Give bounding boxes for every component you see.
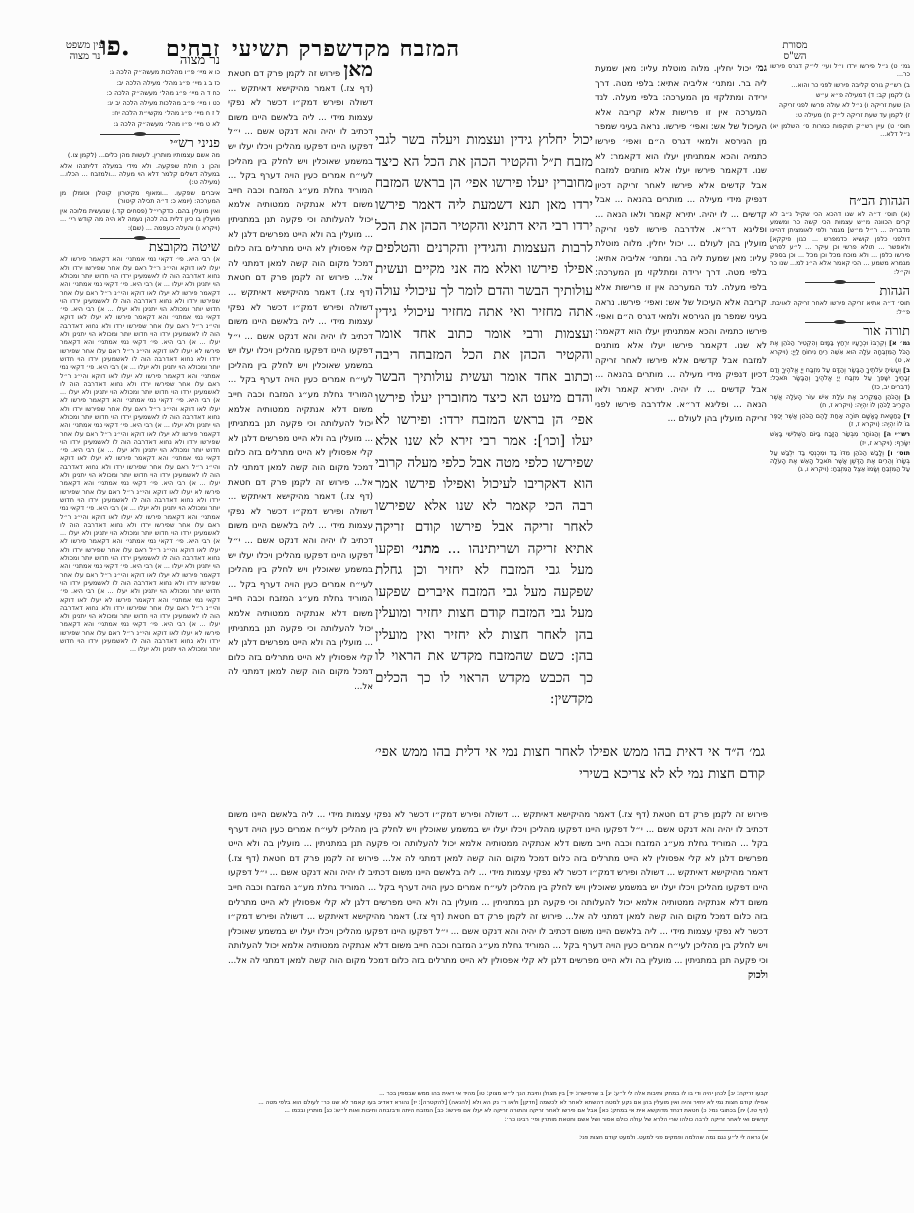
masoret-entry: תוס׳ ט) עיין רש״ק תוקפות כמרות ס׳ השלמן … <box>770 122 910 139</box>
rashi-opening-word: גמ׳ <box>755 63 767 74</box>
pninei-rashi-entry: ואין מועלין בהם. כדקרי״ל (פסחים קד.) שנע… <box>60 207 220 232</box>
gemara-closing: גמ׳ ה״ד אי דאית בהו ממש אפילו לאחר חצות … <box>375 742 765 812</box>
masoret-entry: ה) שעת זריקה ו) נ״ל לא עולה פרשו לפני זר… <box>770 101 910 109</box>
pninei-rashi-entry: מה אשם עצמותיו מותרין. לעשות מהן כלים...… <box>60 151 220 159</box>
hashas-label: הש"ס <box>770 51 820 62</box>
torah-or-entry: רש״י ה] וְהַנּוֹתָר מִבְּשַׂר הַזָּבַח ב… <box>770 430 910 447</box>
pninei-rashi-entry: איברים שפקעו. ...ומאוף מקיטרון קוטלן וטו… <box>60 189 220 206</box>
tosafot-column: מאן פירוש זה לקמן פרק דם חטאת (דף צז.) ד… <box>228 62 373 752</box>
pninei-rashi-title: פניני רש״י <box>60 140 220 148</box>
ein-mishpat-entry: כח ד ה מיי׳ פ״ג מהל׳ מעשה״ק הלכה כ: <box>60 89 220 97</box>
ein-mishpat-entry: כז ב ג מיי׳ פ״ג מהל׳ מעילה הלכה יב: <box>60 79 220 87</box>
footnote-bottom-note: א) נראה לי ל״ע נגם נמה שהלמה ופמקים פני … <box>228 1134 768 1143</box>
pninei-rashi-list: מה אשם עצמותיו מותרין. לעשות מהן כלים...… <box>60 151 220 232</box>
tosafot-closing-word: ולכוק <box>748 970 768 981</box>
torah-or-entry: גמ׳ א] וְקִרְבּוֹ וּכְרָעָיו יִרְחַץ בַּ… <box>770 339 910 364</box>
masoret-header: מסורת הש"ס <box>770 40 820 62</box>
footnote-rule <box>708 1130 768 1131</box>
ornament-divider <box>770 279 910 285</box>
masoret-hashas-list: גמ׳ ט) נ״ל פירשו ירדו ו״ל ועי׳ לי״ק דגרס… <box>770 62 910 138</box>
ein-mishpat-entry: ל ז ח מיי׳ פ״ג מהל׳ מקשי״ת הלכה יח: <box>60 109 220 117</box>
mishna-body: ופקעו מעל גבי המזבח לא יחזיר וכן גחלת שפ… <box>375 541 593 708</box>
ein-mishpat-entry: לא ט מיי׳ פ״ו מהל׳ מעשה״ק הלכה ג: <box>60 120 220 128</box>
footnote-line: אפילו קודם חצות נמי לא יחזיר והיה ואין מ… <box>228 1099 768 1108</box>
masoret-entry: ז) לקמן עד שעת זריקה ל״ק ח) מעילה ט: <box>770 111 910 119</box>
tosafot-bottom: פירוש זה לקמן פרק דם חטאת (דף צז.) דאמר … <box>228 808 768 1080</box>
shita-mekubetzet-body: א) רבי היא. פי׳ דקאי נמי אמתני׳ והא דקאמ… <box>60 255 220 653</box>
torah-or-entry: תוס׳ ו] וְלָבַשׁ הַכֹּהֵן מִדּוֹ בַד וּמ… <box>770 449 910 474</box>
gemara-column: יכול יחלוץ גידין ועצמות ויעלה בשר לגבי מ… <box>375 130 593 750</box>
left-margin-column: נר מצוה כו א מיי׳ פ״ו מהלכות מעשה״ק הלכה… <box>60 55 220 1085</box>
ein-mishpat-title: נר מצוה <box>60 57 220 65</box>
ein-mishpat-entry: כט ו מיי׳ פ״ב מהלכות מעילה הלכה יב יג: <box>60 99 220 107</box>
hagahot-body: תוס׳ ד״ה אתיא זריקה פירשו לאחר זריקה לאו… <box>770 299 910 316</box>
ornament-divider <box>60 235 220 241</box>
footnote-line: קדשים ואי לאחר זריקה לרבה כולהו שרי הלרא… <box>228 1116 768 1125</box>
ornament-divider <box>770 319 910 325</box>
masoret-label: מסורת <box>770 40 820 51</box>
ein-mishpat-list: כו א מיי׳ פ״ו מהלכות מעשה״ק הלכה ג: כז ב… <box>60 68 220 128</box>
masoret-entry: ג) לקמן קב: ד) דמעילה פ״א ע״ש <box>770 91 910 99</box>
ein-mishpat-entry: כו א מיי׳ פ״ו מהלכות מעשה״ק הלכה ג: <box>60 68 220 76</box>
torah-or-entry: ב] וְעָשִׂיתָ עֹלֹתֶיךָ הַבָּשָׂר וְהַדָ… <box>770 366 910 391</box>
torah-or-list: גמ׳ א] וְקִרְבּוֹ וּכְרָעָיו יִרְחַץ בַּ… <box>770 339 910 473</box>
tosafot-body: פירוש זה לקמן פרק דם חטאת (דף צז.) דאמר … <box>228 69 373 283</box>
rashi-body: יכול יחלין. מלוה מוטלת עליו: מאן שמעת לי… <box>595 64 767 249</box>
shita-mekubetzet-title: שיטה מקובצת <box>60 244 220 252</box>
hagahot-habach-title: הגהות הב״ח <box>770 198 910 206</box>
footnote-line: קבעו זריקה: יב] לכהן יהיה ודי בו לו במחק… <box>228 1090 768 1099</box>
chapter-number: פרק תשיעי <box>232 36 336 62</box>
masoret-entry: גמ׳ ט) נ״ל פירשו ירדו ו״ל ועי׳ לי״ק דגרס… <box>770 62 910 79</box>
hagahot-habach-body: (א) תוס׳ ד״ה לא שנו דהכא הכי שקיל נ״ב לא… <box>770 210 910 276</box>
ornament-divider <box>60 131 220 137</box>
tosafot-opening-word: מאן <box>343 62 373 81</box>
masoret-entry: ב) רש״ק גורס קליבה פירשו לפני כר והוא... <box>770 81 910 89</box>
footnotes: קבעו זריקה: יב] לכהן יהיה ודי בו לו במחק… <box>228 1090 768 1143</box>
gemara-body: יכול יחלוץ גידין ועצמות ויעלה בשר לגבי מ… <box>375 132 593 557</box>
torah-or-entry: ד] כַּחַטָּאת כָּאָשָׁם תּוֹרָה אַחַת לָ… <box>770 412 910 429</box>
footnote-line: (דף טז.) יח] בכתובי נמי: כ) חטאת דנחד מד… <box>228 1107 768 1116</box>
rashi-column: גמ׳ יכול יחלין. מלוה מוטלת עליו: מאן שמע… <box>595 62 767 752</box>
chapter-name: המזבח מקדש <box>336 36 460 62</box>
right-margin-column: גמ׳ ט) נ״ל פירשו ירדו ו״ל ועי׳ לי״ק דגרס… <box>770 62 910 962</box>
hagahot-title: הגהות <box>770 288 910 296</box>
page-header: עין משפט נר מצוה פו. זבחים פרק תשיעי המז… <box>0 0 914 50</box>
torah-or-title: תורה אור <box>770 328 910 336</box>
pninei-rashi-entry: והכן נ חולת שפקעה. ולא מידי במעלה דליתנה… <box>60 162 220 187</box>
mishna-marker: מתני׳ <box>412 541 439 557</box>
torah-or-entry: ג] וְהַכֹּהֵן הַמַּקְרִיב אֶת עֹלַת אִיש… <box>770 393 910 410</box>
